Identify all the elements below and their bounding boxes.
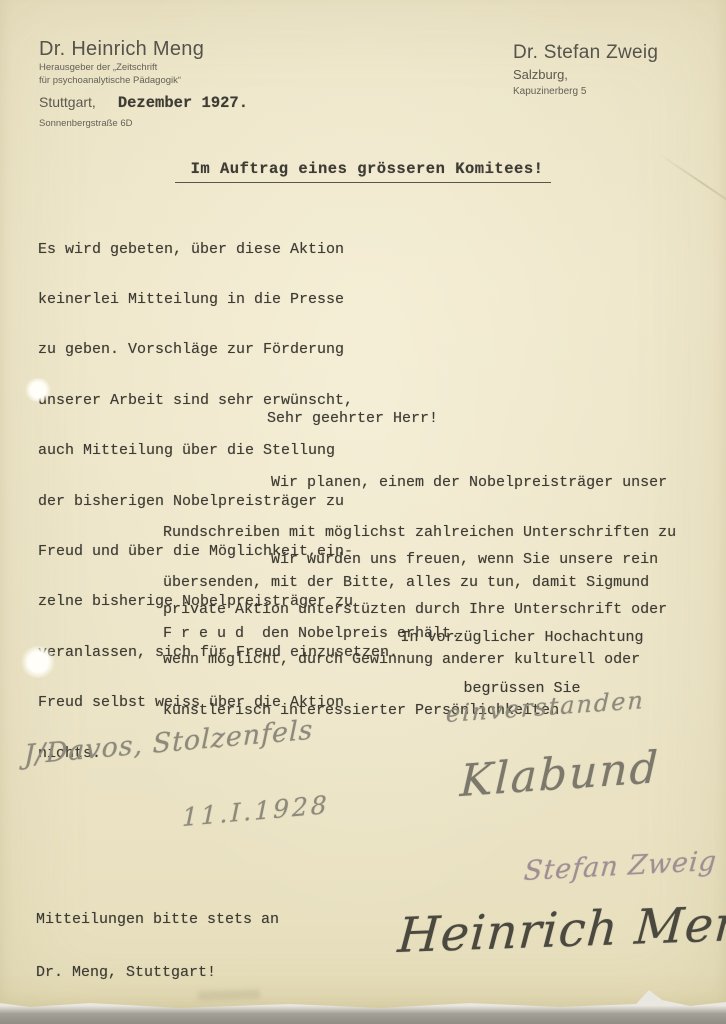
sender-city-zweig: Salzburg, (513, 67, 658, 82)
salutation: Sehr geehrter Herr! (267, 410, 438, 427)
letter-page: Dr. Heinrich Meng Herausgeber der „Zeits… (0, 0, 726, 1013)
letter-date: Dezember 1927. (118, 94, 248, 112)
paper-blemish-spot (20, 646, 56, 678)
sender-name-zweig: Dr. Stefan Zweig (513, 42, 658, 64)
scanned-letter: Dr. Heinrich Meng Herausgeber der „Zeits… (0, 0, 726, 1024)
notice-line: Es wird gebeten, über diese Aktion (38, 242, 398, 259)
signature-heinrich-meng: Heinrich Meng (396, 895, 726, 964)
sender-subtitle-line1: Herausgeber der „Zeitschrift (39, 61, 248, 74)
notice-line: unserer Arbeit sind sehr erwünscht, (38, 393, 398, 410)
closing-line: In vorzüglicher Hochachtung (388, 629, 656, 646)
letter-heading-row: Im Auftrag eines grösseren Komitees! (0, 160, 726, 183)
sender-name-meng: Dr. Heinrich Meng (39, 38, 248, 61)
notice-line: keinerlei Mitteilung in die Presse (38, 292, 398, 309)
footer-line: Dr. Meng, Stuttgart! (36, 964, 279, 982)
footer-line: Mitteilungen bitte stets an (36, 911, 279, 929)
sender-city-date-row: Stuttgart, Dezember 1927. (39, 94, 248, 112)
sender-subtitle-line2: für psychoanalytische Pädagogik“ (39, 74, 248, 87)
letter-heading: Im Auftrag eines grösseren Komitees! (175, 160, 552, 183)
notice-line: zu geben. Vorschläge zur Förderung (38, 342, 398, 359)
sender-street-zweig: Kapuzinerberg 5 (513, 86, 658, 97)
sender-street: Sonnenbergstraße 6D (39, 117, 248, 130)
signature-stefan-zweig: Stefan Zweig (523, 846, 719, 887)
body-line: Wir würden uns freuen, wenn Sie unsere r… (163, 552, 667, 569)
paper-blemish-spot (24, 378, 52, 402)
sender-city: Stuttgart, (39, 94, 96, 110)
handwritten-date-note: 11.I.1928 (182, 790, 330, 832)
letterhead-left: Dr. Heinrich Meng Herausgeber der „Zeits… (39, 38, 248, 130)
body-line: Wir planen, einem der Nobelpreisträger u… (163, 475, 676, 492)
letterhead-right: Dr. Stefan Zweig Salzburg, Kapuzinerberg… (513, 42, 658, 97)
